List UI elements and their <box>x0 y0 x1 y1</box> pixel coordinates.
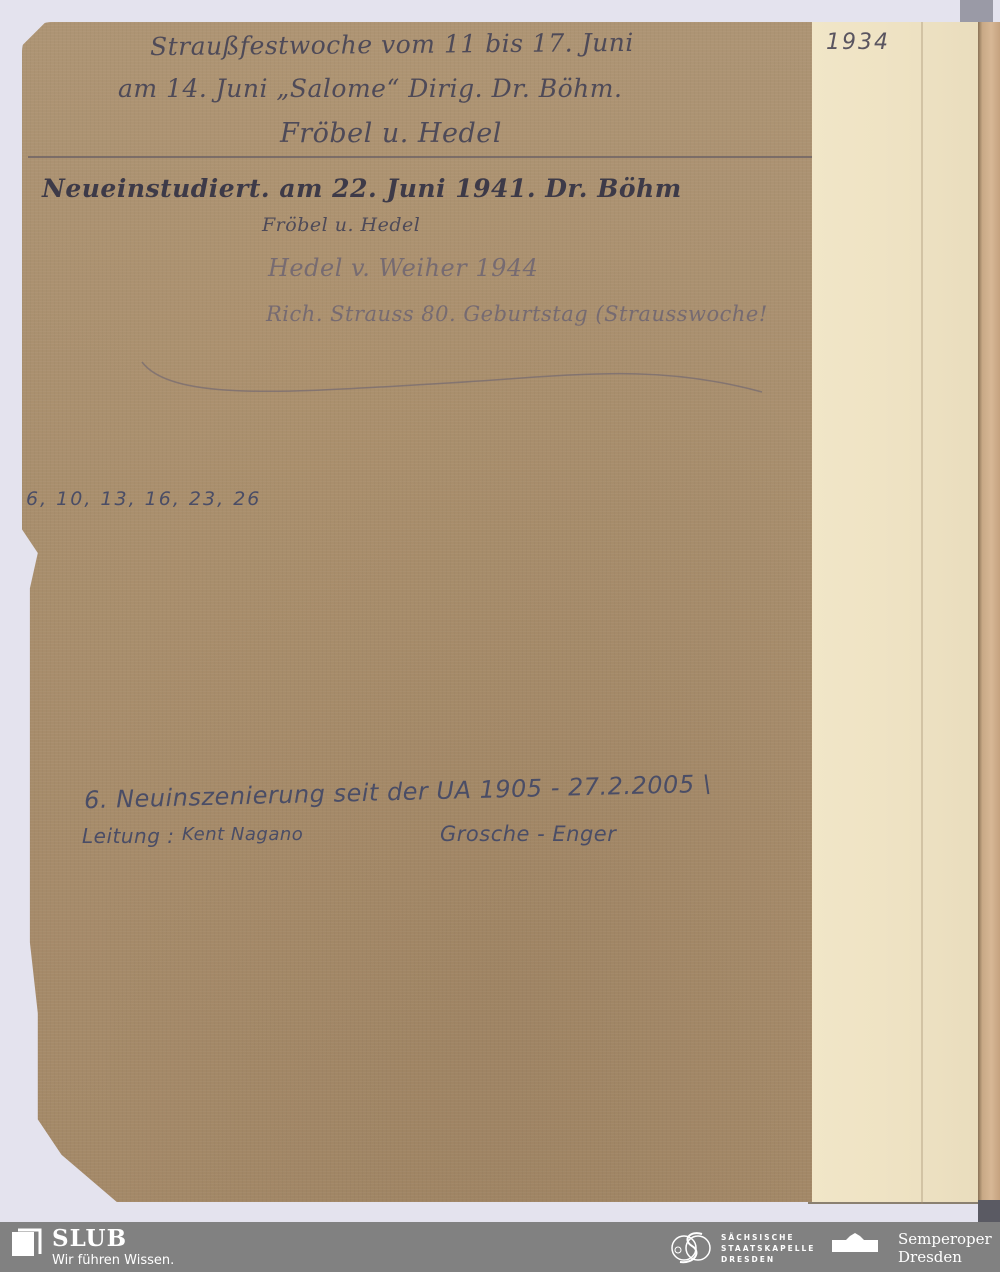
staatskapelle-monogram-icon[interactable] <box>668 1226 714 1270</box>
semperoper-text: Semperoper Dresden <box>898 1230 992 1266</box>
spine-bottom-edge <box>978 1200 1000 1222</box>
skd-line-2: STAATSKAPELLE <box>721 1243 815 1254</box>
note-line-10-director: Grosche - Enger <box>440 822 616 846</box>
note-line-5: Fröbel u. Hedel <box>262 214 420 236</box>
semper-line-1: Semperoper <box>898 1230 992 1248</box>
note-line-2: am 14. Juni „Salome“ Dirig. Dr. Böhm. <box>118 74 622 103</box>
cover-fold-line <box>921 22 923 1204</box>
note-line-8: 6, 10, 13, 16, 23, 26 <box>26 488 261 510</box>
skd-line-3: DRESDEN <box>721 1254 815 1265</box>
note-line-10-label: Leitung : <box>82 824 175 848</box>
pencil-curve <box>132 342 772 412</box>
book-spine <box>978 22 1000 1204</box>
slub-name[interactable]: SLUB <box>52 1225 127 1252</box>
cover-page <box>808 22 988 1204</box>
slub-book-icon[interactable] <box>12 1228 42 1258</box>
staatskapelle-text: SÄCHSISCHE STAATSKAPELLE DRESDEN <box>721 1232 815 1265</box>
note-line-3: Fröbel u. Hedel <box>280 118 502 149</box>
semper-line-2: Dresden <box>898 1248 992 1266</box>
skd-line-1: SÄCHSISCHE <box>721 1232 815 1243</box>
cover-year-note: 1934 <box>826 30 890 55</box>
footer-bar: SLUB Wir führen Wissen. SÄCHSISCHE STAAT… <box>0 1222 1000 1272</box>
spine-top-edge <box>960 0 993 23</box>
semperoper-building-icon[interactable] <box>832 1232 878 1252</box>
divider-rule <box>28 156 812 158</box>
scan-viewer: 1934 Straußfestwoche vom 11 bis 17. Juni… <box>0 0 1000 1222</box>
slub-tagline: Wir führen Wissen. <box>52 1253 174 1268</box>
note-line-6: Hedel v. Weiher 1944 <box>268 254 538 282</box>
document-page: Straußfestwoche vom 11 bis 17. Juni am 1… <box>22 22 812 1202</box>
note-line-10-conductor: Kent Nagano <box>182 824 303 845</box>
note-line-7: Rich. Strauss 80. Geburtstag (Strausswoc… <box>266 302 768 326</box>
note-line-4: Neueinstudiert. am 22. Juni 1941. Dr. Bö… <box>42 174 682 203</box>
note-line-1: Straußfestwoche vom 11 bis 17. Juni <box>150 28 634 61</box>
